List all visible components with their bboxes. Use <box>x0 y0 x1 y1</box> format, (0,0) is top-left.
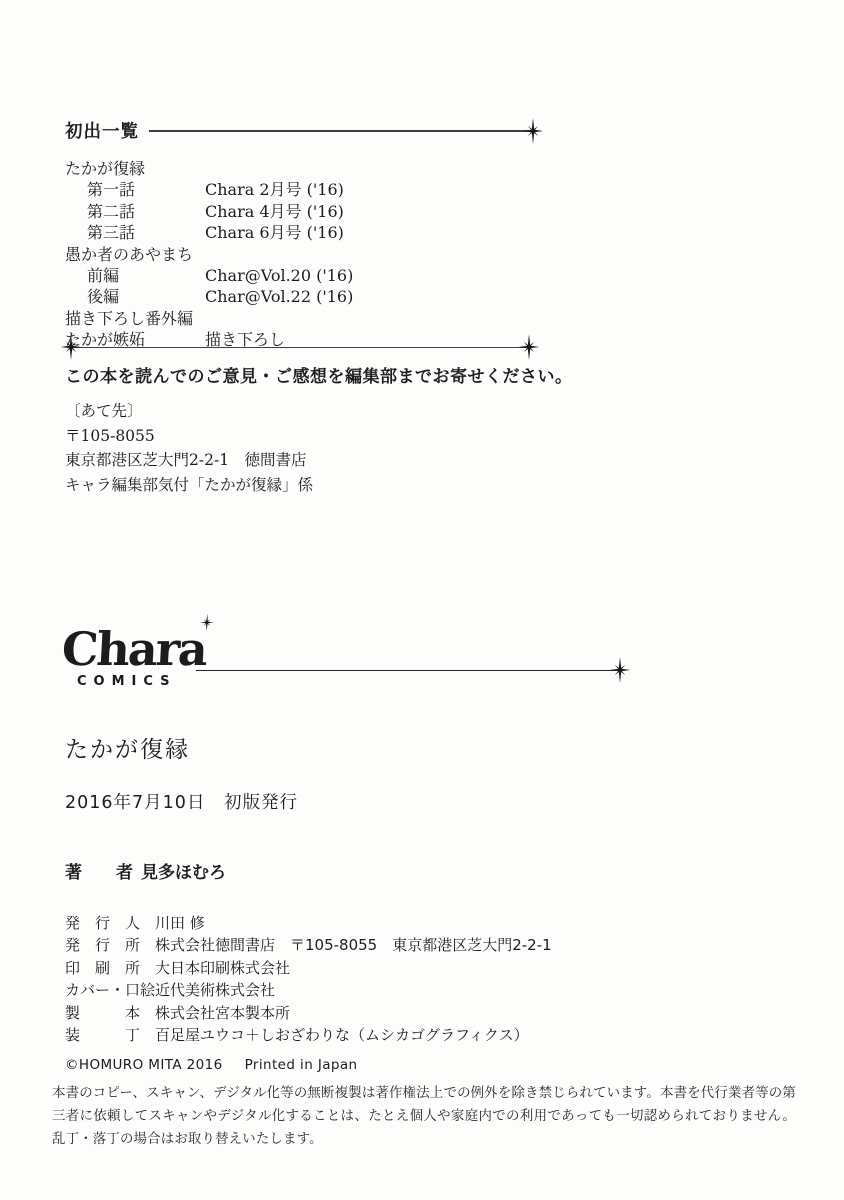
book-title: たかが復縁 <box>65 731 190 764</box>
publication-row: 第二話 Chara 4月号 ('16) <box>65 201 533 222</box>
publication-source: Chara 6月号 ('16) <box>205 222 344 243</box>
row-label: カバー・口絵 <box>65 979 155 1001</box>
logo-comics-text: COMICS <box>62 674 206 689</box>
logo-chara-text: Chara <box>61 626 207 672</box>
row-value: 近代美術株式会社 <box>155 979 275 1001</box>
address-label: 〔あて先〕 <box>65 399 573 424</box>
episode-title: 第一話 <box>65 179 205 200</box>
colophon-row: カバー・口絵 近代美術株式会社 <box>65 979 552 1001</box>
row-value: 大日本印刷株式会社 <box>155 957 290 979</box>
printed-in-japan: Printed in Japan <box>245 1057 358 1073</box>
postal-code: 〒105-8055 <box>65 424 573 449</box>
publication-row: 後編 Char@Vol.22 ('16) <box>65 286 533 307</box>
row-label: 装 丁 <box>65 1024 155 1046</box>
row-label: 製 本 <box>65 1002 155 1024</box>
sparkle-icon <box>520 118 546 144</box>
author-name: 見多ほむろ <box>141 858 226 883</box>
logo-name: Chara <box>61 622 208 676</box>
row-value: 株式会社宮本製本所 <box>155 1002 290 1024</box>
publisher-logo: Chara COMICS <box>62 626 206 689</box>
colophon-row: 発 行 所 株式会社徳間書店 〒105-8055 東京都港区芝大門2-2-1 <box>65 934 552 956</box>
colophon-row: 装 丁 百足屋ユウコ＋しおざわりな（ムシカゴグラフィクス） <box>65 1024 552 1046</box>
work-title: 描き下ろし番外編 <box>65 308 205 329</box>
sparkle-icon <box>198 614 216 631</box>
sparkle-icon <box>607 657 633 683</box>
mailing-address-block: 〔あて先〕 〒105-8055 東京都港区芝大門2-2-1 徳間書店 キャラ編集… <box>65 399 573 497</box>
copyright-line: ©HOMURO MITA 2016Printed in Japan <box>65 1057 358 1073</box>
publication-source: Chara 2月号 ('16) <box>205 179 344 200</box>
first-publication-header: 初出一覧 <box>65 118 533 143</box>
sparkle-icon <box>516 334 542 360</box>
colophon-row: 印 刷 所 大日本印刷株式会社 <box>65 957 552 979</box>
publication-row: たかが復縁 <box>65 158 533 179</box>
publication-row: 描き下ろし番外編 <box>65 308 533 329</box>
publication-source: Char@Vol.20 ('16) <box>205 265 353 286</box>
sparkle-icon <box>58 334 84 360</box>
separator-line <box>75 347 525 348</box>
first-publication-heading: 初出一覧 <box>65 118 139 143</box>
publication-date: 2016年7月10日 初版発行 <box>65 789 298 814</box>
row-label: 発 行 人 <box>65 912 155 934</box>
colophon-row: 発 行 人 川田 修 <box>65 912 552 934</box>
publication-row: 愚か者のあやまち <box>65 244 533 265</box>
legal-notice: 本書のコピー、スキャン、デジタル化等の無断複製は著作権法上での例外を除き禁じられ… <box>52 1083 796 1151</box>
publication-row: 第三話 Chara 6月号 ('16) <box>65 222 533 243</box>
row-label: 印 刷 所 <box>65 957 155 979</box>
star-separator <box>58 334 542 360</box>
publication-row: 第一話 Chara 2月号 ('16) <box>65 179 533 200</box>
feedback-section: この本を読んでのご意見・ご感想を編集部までお寄せください。 〔あて先〕 〒105… <box>65 362 573 497</box>
colophon-page: 初出一覧 たかが復縁 第一話 Chara 2月号 ('16) 第二話 Chara… <box>0 0 844 1200</box>
episode-title: 後編 <box>65 286 205 307</box>
colophon-rows: 発 行 人 川田 修 発 行 所 株式会社徳間書店 〒105-8055 東京都港… <box>65 912 552 1046</box>
episode-title: 第三話 <box>65 222 205 243</box>
first-publication-list: たかが復縁 第一話 Chara 2月号 ('16) 第二話 Chara 4月号 … <box>65 158 533 351</box>
work-title: 愚か者のあやまち <box>65 244 205 265</box>
author-row: 著 者 見多ほむろ <box>65 858 226 883</box>
publication-row: 前編 Char@Vol.20 ('16) <box>65 265 533 286</box>
first-publication-section: 初出一覧 たかが復縁 第一話 Chara 2月号 ('16) 第二話 Chara… <box>65 118 533 351</box>
row-value: 百足屋ユウコ＋しおざわりな（ムシカゴグラフィクス） <box>155 1024 529 1046</box>
publication-source: Char@Vol.22 ('16) <box>205 286 353 307</box>
department-line: キャラ編集部気付「たかが復縁」係 <box>65 473 573 498</box>
row-value: 株式会社徳間書店 〒105-8055 東京都港区芝大門2-2-1 <box>155 934 552 956</box>
feedback-message: この本を読んでのご意見・ご感想を編集部までお寄せください。 <box>65 362 573 387</box>
publication-source: Chara 4月号 ('16) <box>205 201 344 222</box>
author-label: 著 者 <box>65 858 141 883</box>
row-label: 発 行 所 <box>65 934 155 956</box>
episode-title: 第二話 <box>65 201 205 222</box>
logo-rule <box>196 670 620 671</box>
episode-title: 前編 <box>65 265 205 286</box>
street-address: 東京都港区芝大門2-2-1 徳間書店 <box>65 448 573 473</box>
work-title: たかが復縁 <box>65 158 205 179</box>
header-rule <box>149 130 533 132</box>
row-value: 川田 修 <box>155 912 205 934</box>
colophon-row: 製 本 株式会社宮本製本所 <box>65 1002 552 1024</box>
copyright-notice: ©HOMURO MITA 2016 <box>65 1057 223 1073</box>
